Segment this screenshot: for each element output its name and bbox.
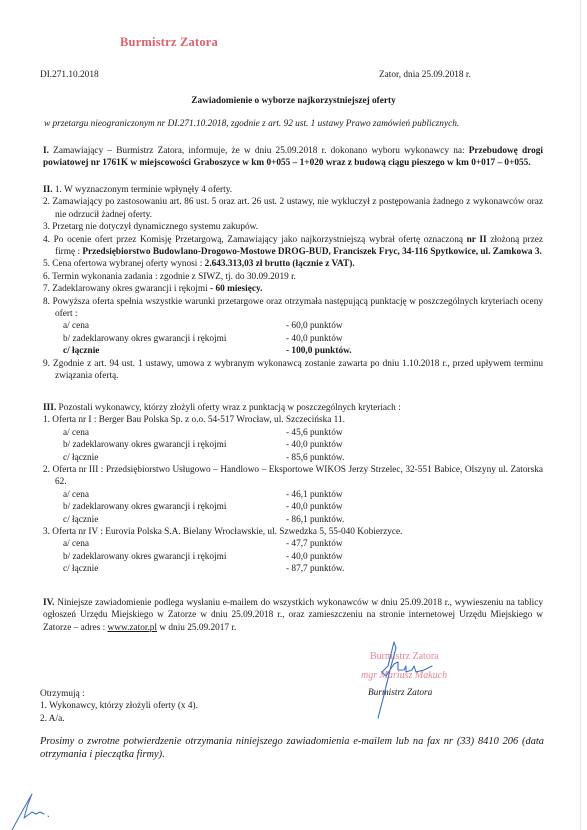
score-row: c/ łącznie - 86,1 punktów. [43,514,543,526]
criterion: a/ cena [63,538,89,550]
criterion: a/ cena [63,320,89,332]
section-2: II. 1. W wyznaczonym terminie wpłynęły 4… [43,184,543,382]
recipients-label: Otrzymują : [40,688,198,700]
points: - 87,7 punktów. [286,563,344,575]
place-date: Zator, dnia 25.09.2018 r. [379,69,471,81]
website-link[interactable]: www.zator.pl [108,623,158,633]
item-2: 2. Zamawiający po zastosowaniu art. 86 u… [43,196,543,221]
criterion: c/ łącznie [63,345,99,357]
section-1-text: Zamawiający – Burmistrz Zatora, informuj… [53,146,464,156]
offer-1: 1. Oferta nr I : Berger Bau Polska Sp. z… [43,414,543,464]
score-row: a/ cena - 60,0 punktów [43,320,543,332]
score-row: c/ łącznie - 87,7 punktów. [43,563,543,575]
reference-number: DI.271.10.2018 [40,69,99,81]
section-numeral: II. [43,185,53,195]
score-row: a/ cena - 47,7 punktów [43,538,543,550]
mayor-stamp: Burmistrz Zatora [120,36,218,48]
criterion: b/ zadeklarowany okres gwarancji i rękoj… [63,333,226,345]
item-7: 7. Zadeklarowany okres gwarancji i rękoj… [43,283,543,295]
points: - 47,7 punktów [286,538,343,550]
document-subtitle: w przetargu nieograniczonym nr DI.271.10… [44,118,459,130]
points: - 86,1 punktów. [286,514,344,526]
score-row: b/ zadeklarowany okres gwarancji i rękoj… [43,501,543,513]
section-numeral: IV. [43,598,54,608]
points: - 40,0 punktów [286,501,343,513]
warranty-period: - 60 miesięcy. [210,284,262,294]
item-8: 8. Powyższa oferta spełnia wszystkie war… [43,296,543,321]
selected-scores: a/ cena - 60,0 punktów b/ zadeklarowany … [43,320,543,357]
section-3: III. Pozostali wykonawcy, którzy złożyli… [43,402,543,576]
criterion: c/ łącznie [63,563,98,575]
recipients: Otrzymują : 1. Wykonawcy, którzy złożyli… [40,688,198,725]
points: - 60,0 punktów [286,320,343,332]
score-row: a/ cena - 46,1 punktów [43,489,543,501]
page-edge [580,0,581,830]
section-1: I. Zamawiający – Burmistrz Zatora, infor… [43,145,543,170]
selected-offer-number: nr II [467,235,487,245]
item-7-text: 7. Zadeklarowany okres gwarancji i rękoj… [43,284,208,294]
points: - 40,0 punktów [286,333,343,345]
section-numeral: I. [43,146,49,156]
offer-4: 3. Oferta nr IV : Eurovia Polska S.A. Bi… [43,526,543,576]
criterion: b/ zadeklarowany okres gwarancji i rękoj… [63,501,226,513]
item-6: 6. Termin wykonania zadania : zgodnie z … [43,271,543,283]
offer-header: 3. Oferta nr IV : Eurovia Polska S.A. Bi… [43,526,543,538]
score-row: a/ cena - 45,6 punktów [43,427,543,439]
criterion: a/ cena [63,489,89,501]
points: - 40,0 punktów [286,551,343,563]
section-numeral: III. [43,403,56,413]
confirmation-request: Prosimy o zwrotne potwierdzenie otrzyman… [40,735,544,761]
offer-price: 2.643.313,03 zł brutto (łącznie z VAT). [205,259,355,269]
points: - 45,6 punktów [286,427,343,439]
offer-header: 1. Oferta nr I : Berger Bau Polska Sp. z… [43,414,543,426]
recipient-item: 1. Wykonawcy, którzy złożyli oferty (x 4… [40,700,198,712]
section-3-intro: Pozostali wykonawcy, którzy złożyli ofer… [59,403,401,413]
selected-company: Przedsiębiorstwo Budowlano-Drogowo-Mosto… [82,247,541,257]
score-row-total: c/ łącznie - 100,0 punktów. [43,345,543,357]
score-row: c/ łącznie - 85,6 punktów. [43,452,543,464]
document-page: Burmistrz Zatora DI.271.10.2018 Zator, d… [0,0,587,830]
score-row: b/ zadeklarowany okres gwarancji i rękoj… [43,333,543,345]
criterion: c/ łącznie [63,514,98,526]
criterion: b/ zadeklarowany okres gwarancji i rękoj… [63,551,226,563]
signature-block: Burmistrz Zatora mgr Mariusz Makuch Burm… [340,640,500,720]
offer-header: 2. Oferta nr III : Przedsiębiorstwo Usłu… [43,464,543,489]
recipient-item: 2. A/a. [40,713,198,725]
handwritten-signature-icon [340,640,500,720]
item-9: 9. Zgodnie z art. 94 ust. 1 ustawy, umow… [43,358,543,383]
offer-3: 2. Oferta nr III : Przedsiębiorstwo Usłu… [43,464,543,526]
criterion: a/ cena [63,427,89,439]
item-3: 3. Przetarg nie dotyczył dynamicznego sy… [43,221,543,233]
item-4: 4. Po ocenie ofert przez Komisję Przetar… [43,234,543,259]
document-title: Zawiadomienie o wyborze najkorzystniejsz… [0,95,587,107]
item-5-text: 5. Cena ofertowa wybranej oferty wynosi … [43,259,202,269]
score-row: b/ zadeklarowany okres gwarancji i rękoj… [43,439,543,451]
points: - 85,6 punktów. [286,452,344,464]
item-5: 5. Cena ofertowa wybranej oferty wynosi … [43,258,543,270]
section-4: IV. Niniejsze zawiadomienie podlega wysł… [43,597,543,634]
criterion: b/ zadeklarowany okres gwarancji i rękoj… [63,439,226,451]
section-4-date: w dniu 25.09.2017 r. [159,623,236,633]
item-1: 1. W wyznaczonym terminie wpłynęły 4 ofe… [55,185,232,195]
points: - 46,1 punktów [286,489,343,501]
item-4-text: 4. Po ocenie ofert przez Komisję Przetar… [43,235,463,245]
initials-signature-icon [10,790,50,830]
score-row: b/ zadeklarowany okres gwarancji i rękoj… [43,551,543,563]
criterion: c/ łącznie [63,452,98,464]
points: - 100,0 punktów. [286,345,352,357]
points: - 40,0 punktów [286,439,343,451]
